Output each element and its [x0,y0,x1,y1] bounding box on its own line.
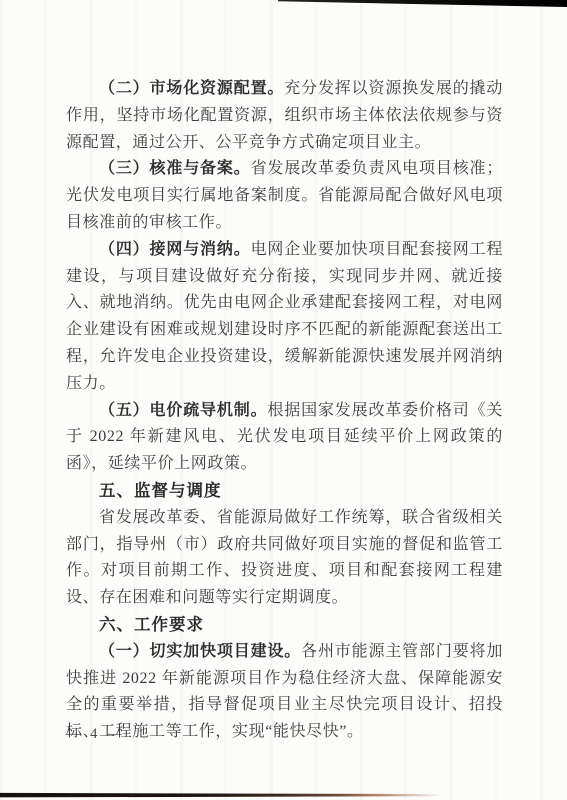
page-number: — 4 — [66,723,125,745]
document-body: （二）市场化资源配置。充分发挥以资源换发展的撬动作用，坚持市场化配置资源，组织市… [66,76,503,746]
paragraph-market-allocation: （二）市场化资源配置。充分发挥以资源换发展的撬动作用，坚持市场化配置资源，组织市… [66,76,503,156]
section-heading-supervision: 五、监督与调度 [66,478,503,505]
scanned-document-page: （二）市场化资源配置。充分发挥以资源换发展的撬动作用，坚持市场化配置资源，组织市… [0,0,567,800]
scan-artifact-bottom-edge [0,792,455,798]
paragraph-accelerate-construction: （一）切实加快项目建设。各州市能源主管部门要将加快推进 2022 年新能源项目作… [66,639,503,746]
paragraph-text: 电网企业要加快项目配套接网工程建设，与项目建设做好充分衔接，实现同步并网、就近接… [66,241,503,392]
paragraph-lead: （二）市场化资源配置。 [99,80,284,97]
paragraph-price-mechanism: （五）电价疏导机制。根据国家发展改革委价格司《关于 2022 年新建风电、光伏发… [66,398,503,478]
paragraph-lead: （一）切实加快项目建设。 [99,643,301,660]
paragraph-lead: （四）接网与消纳。 [99,241,251,258]
paragraph-supervision-body: 省发展改革委、省能源局做好工作统筹，联合省级相关部门，指导州（市）政府共同做好项… [66,505,503,612]
paragraph-approval-filing: （三）核准与备案。省发展改革委负责风电项目核准；光伏发电项目实行属地备案制度。省… [66,156,503,236]
paragraph-grid-connection: （四）接网与消纳。电网企业要加快项目配套接网工程建设，与项目建设做好充分衔接，实… [66,237,503,398]
paragraph-lead: （五）电价疏导机制。 [99,402,267,419]
scan-artifact-top-edge [278,0,567,8]
paragraph-lead: （三）核准与备案。 [99,160,251,177]
paragraph-text: 省发展改革委、省能源局做好工作统筹，联合省级相关部门，指导州（市）政府共同做好项… [66,509,503,606]
section-heading-work-requirements: 六、工作要求 [66,612,503,639]
